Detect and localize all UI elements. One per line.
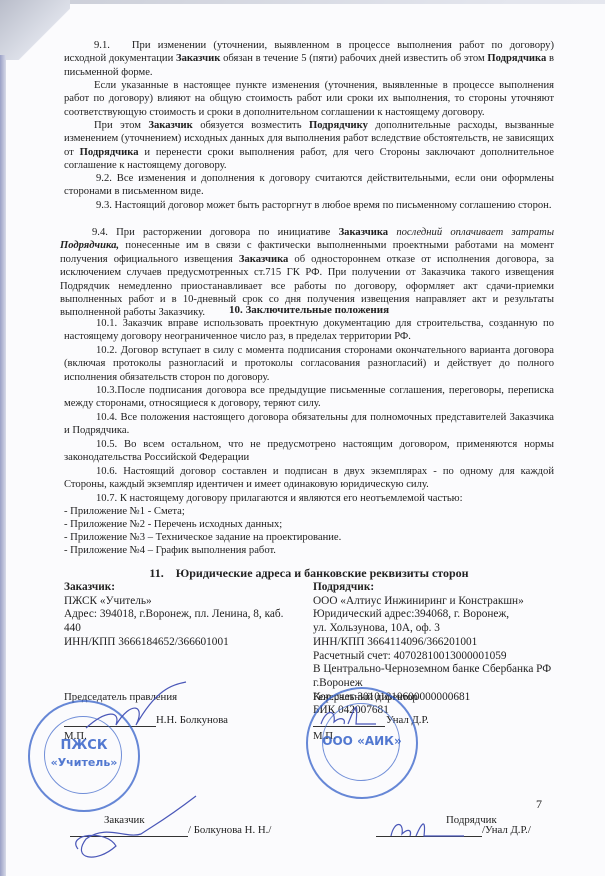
clause-10-1: 10.1. Заказчик вправе использовать проек… [64, 317, 554, 344]
section-11-title: 11. Юридические адреса и банковские рекв… [64, 567, 554, 580]
footer-customer-handwritten-signature [66, 794, 206, 874]
appendix-item: - Приложение №1 - Смета; [64, 505, 554, 518]
stamp-text: ООО «АИК» [308, 734, 416, 748]
contractor-heading: Подрядчик: [313, 581, 603, 595]
customer-inn-kpp: ИНН/КПП 3666184652/366601001 [64, 636, 304, 650]
document-page: 9.1.При изменении (уточнении, выявленном… [6, 4, 605, 876]
customer-name: ПЖСК «Учитель» [64, 595, 304, 609]
clause-9-3: 9.3. Настоящий договор может быть растор… [64, 199, 554, 212]
clause-9-2: 9.2. Все изменения и дополнения к догово… [64, 172, 554, 199]
contractor-inn-kpp: ИНН/КПП 3664114096/366201001 [313, 636, 603, 650]
stamp-text: ПЖСК [30, 738, 138, 753]
clause-text: обязуется возместить [193, 120, 309, 131]
bold-term: Подрядчика, [60, 240, 119, 251]
customer-address: Адрес: 394018, г.Воронеж, пл. Ленина, 8,… [64, 608, 304, 622]
page-number: 7 [536, 797, 542, 812]
clause-10-7: 10.7. К настоящему договору прилагаются … [64, 492, 554, 505]
appendix-item: - Приложение №3 – Техническое задание на… [64, 531, 554, 544]
footer-contractor-handwritten-signature [386, 816, 466, 842]
clause-text: обязан в течение 5 (пяти) рабочих дней и… [220, 53, 487, 64]
bold-term: Заказчика [239, 254, 289, 265]
scan-edge [0, 55, 6, 876]
clause-10-5: 10.5. Во всем остальном, что не предусмо… [64, 438, 554, 465]
contractor-handwritten-signature [316, 694, 376, 734]
clause-10-3: 10.3.После подписания договора все преды… [64, 384, 554, 411]
bold-term: Заказчик [148, 120, 192, 131]
bold-term: Подрядчика [487, 53, 546, 64]
clause-number: 9.1. [94, 40, 110, 51]
bold-term: Заказчика [339, 227, 389, 238]
clause-9-1-b: Если указанные в настоящее пункте измене… [64, 79, 554, 119]
page-fold-shadow [0, 0, 70, 60]
clause-10-4: 10.4. Все положения настоящего договора … [64, 411, 554, 438]
clause-text: 9.4. При расторжении договора по инициат… [92, 227, 339, 238]
appendix-item: - Приложение №4 – График выполнения рабо… [64, 544, 554, 557]
contractor-bank: В Центрально-Черноземном банке Сбербанка… [313, 663, 603, 677]
clause-9-1-c: При этом Заказчик обязуется возместить П… [64, 119, 554, 173]
customer-heading: Заказчик: [64, 581, 304, 595]
bold-term: Заказчик [176, 53, 220, 64]
clause-10-6: 10.6. Настоящий договор составлен и подп… [64, 465, 554, 492]
appendix-item: - Приложение №2 - Перечень исходных данн… [64, 518, 554, 531]
contractor-name: ООО «Алтиус Инжиниринг и Констракшн» [313, 595, 603, 609]
clause-text: При этом [94, 120, 148, 131]
clause-9-1: 9.1.При изменении (уточнении, выявленном… [64, 39, 554, 79]
stamp-text: «Учитель» [30, 756, 138, 769]
contractor-address: Юридический адрес:394068, г. Воронеж, [313, 608, 603, 622]
contractor-account: Расчетный счет: 40702810013000001059 [313, 650, 603, 664]
bold-term: Подрядчику [309, 120, 368, 131]
section-10-title: 10. Заключительные положения [64, 304, 554, 317]
customer-address-cont: 440 [64, 622, 304, 636]
contractor-address-cont: ул. Хользунова, 10А, оф. 3 [313, 622, 603, 636]
clause-text: последний оплачивает затраты [388, 227, 554, 238]
clause-10-2: 10.2. Договор вступает в силу с момента … [64, 344, 554, 384]
bold-term: Подрядчика [80, 147, 139, 158]
customer-requisites: Заказчик: ПЖСК «Учитель» Адрес: 394018, … [64, 581, 304, 650]
customer-handwritten-signature [76, 680, 196, 740]
footer-contractor-sign: /Унал Д.Р./ [482, 824, 531, 836]
